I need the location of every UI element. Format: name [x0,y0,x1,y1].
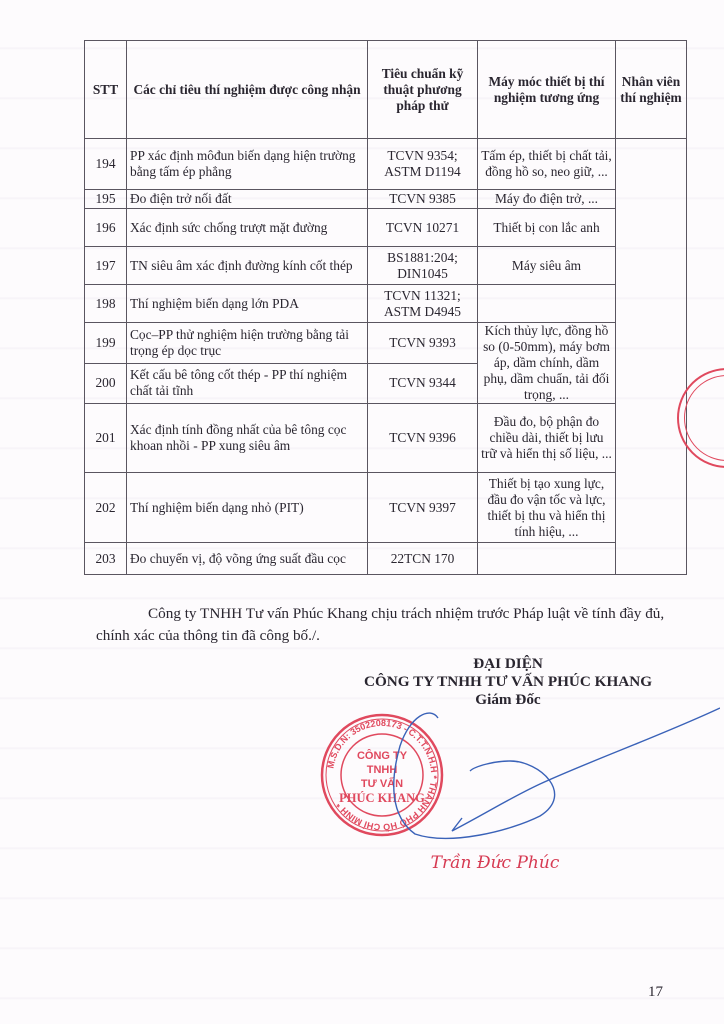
row-equipment: Máy siêu âm [478,247,616,285]
row-equipment [478,543,616,575]
table-row: 195 Đo điện trở nối đất TCVN 9385 Máy đo… [85,190,687,209]
table-row: 196 Xác định sức chống trượt mặt đường T… [85,209,687,247]
header-stt: STT [85,41,127,139]
row-standard: BS1881:204; DIN1045 [368,247,478,285]
row-stt: 194 [85,139,127,190]
row-stt: 200 [85,363,127,404]
row-criteria: Đo chuyển vị, độ võng ứng suất đầu cọc [127,543,368,575]
row-stt: 195 [85,190,127,209]
row-criteria: Xác định sức chống trượt mặt đường [127,209,368,247]
table-row: 201 Xác định tính đồng nhất của bê tông … [85,404,687,473]
header-standard: Tiêu chuẩn kỹ thuật phương pháp thử [368,41,478,139]
table-row: 198 Thí nghiệm biến dạng lớn PDA TCVN 11… [85,285,687,323]
testing-criteria-table: STT Các chỉ tiêu thí nghiệm được công nh… [84,40,687,575]
row-equipment [478,285,616,323]
responsibility-statement: Công ty TNHH Tư vấn Phúc Khang chịu trác… [96,603,666,647]
row-stt: 202 [85,473,127,543]
row-criteria: TN siêu âm xác định đường kính cốt thép [127,247,368,285]
row-criteria: Thí nghiệm biến dạng lớn PDA [127,285,368,323]
row-standard: TCVN 9393 [368,323,478,364]
staff-cell [616,139,687,575]
company-name: CÔNG TY TNHH TƯ VẤN PHÚC KHANG [318,673,698,691]
row-stt: 196 [85,209,127,247]
row-standard: TCVN 10271 [368,209,478,247]
row-stt: 197 [85,247,127,285]
row-standard: TCVN 9385 [368,190,478,209]
representative-label: ĐẠI DIỆN [318,655,698,673]
row-equipment: Kích thủy lực, đồng hồ so (0-50mm), máy … [478,323,616,404]
row-criteria: Cọc–PP thử nghiệm hiện trường bằng tải t… [127,323,368,364]
row-equipment: Máy đo điện trở, ... [478,190,616,209]
row-criteria: Xác định tính đồng nhất của bê tông cọc … [127,404,368,473]
header-staff: Nhân viên thí nghiệm [616,41,687,139]
row-standard: 22TCN 170 [368,543,478,575]
row-stt: 198 [85,285,127,323]
page-number: 17 [648,984,663,1001]
row-standard: TCVN 9396 [368,404,478,473]
table-row: 197 TN siêu âm xác định đường kính cốt t… [85,247,687,285]
row-criteria: PP xác định môđun biến dạng hiện trường … [127,139,368,190]
row-stt: 203 [85,543,127,575]
table-row: 194 PP xác định môđun biến dạng hiện trư… [85,139,687,190]
table-row: 202 Thí nghiệm biến dạng nhỏ (PIT) TCVN … [85,473,687,543]
row-criteria: Kết cấu bê tông cốt thép - PP thí nghiệm… [127,363,368,404]
row-equipment: Tấm ép, thiết bị chất tải, đồng hồ so, n… [478,139,616,190]
row-criteria: Đo điện trở nối đất [127,190,368,209]
row-stt: 199 [85,323,127,364]
row-standard: TCVN 9397 [368,473,478,543]
row-criteria: Thí nghiệm biến dạng nhỏ (PIT) [127,473,368,543]
table-row: 203 Đo chuyển vị, độ võng ứng suất đầu c… [85,543,687,575]
row-standard: TCVN 11321; ASTM D4945 [368,285,478,323]
row-equipment: Đầu đo, bộ phận đo chiều dài, thiết bị l… [478,404,616,473]
table-row: 199 Cọc–PP thử nghiệm hiện trường bằng t… [85,323,687,364]
header-criteria: Các chỉ tiêu thí nghiệm được công nhận [127,41,368,139]
row-equipment: Thiết bị tạo xung lực, đầu đo vận tốc và… [478,473,616,543]
header-equipment: Máy móc thiết bị thí nghiệm tương ứng [478,41,616,139]
handwritten-signature-icon [390,706,720,846]
row-equipment: Thiết bị con lắc anh [478,209,616,247]
table-header-row: STT Các chỉ tiêu thí nghiệm được công nh… [85,41,687,139]
row-standard: TCVN 9354; ASTM D1194 [368,139,478,190]
row-stt: 201 [85,404,127,473]
row-standard: TCVN 9344 [368,363,478,404]
signer-name: Trần Đức Phúc [420,853,570,873]
signature-block: ĐẠI DIỆN CÔNG TY TNHH TƯ VẤN PHÚC KHANG … [318,655,698,709]
